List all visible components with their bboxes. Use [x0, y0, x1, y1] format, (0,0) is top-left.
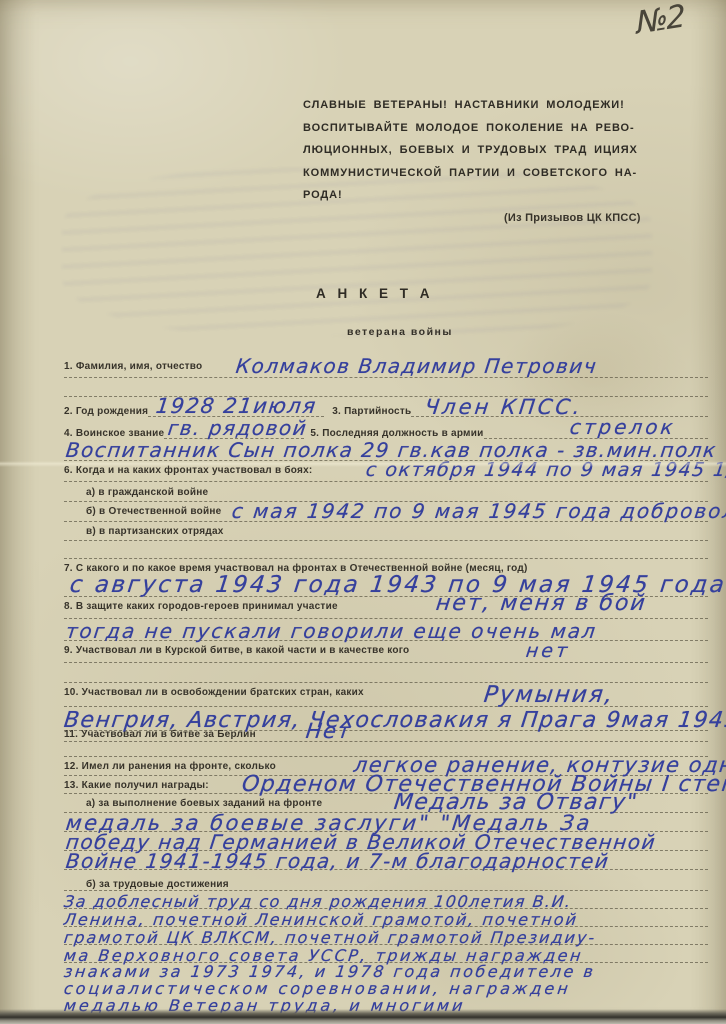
form-row-q8: 8. В защите каких городов-героев принима… — [64, 596, 708, 619]
q6b-answer: с мая 1942 по 9 мая 1945 года доброволь — [231, 499, 726, 523]
q10-label: 10. Участвовал ли в освобождении братски… — [64, 687, 364, 698]
q2-answer-line: 1928 21июля — [148, 395, 324, 417]
form-row-q6v: в) в партизанских отрядах — [64, 521, 708, 541]
q6a-label: а) в гражданской войне — [86, 487, 208, 498]
slogan-line: КОММУНИСТИЧЕСКОЙ ПАРТИИ И СОВЕТСКОГО НА- — [303, 162, 675, 185]
slogan-line: СЛАВНЫЕ ВЕТЕРАНЫ! НАСТАВНИКИ МОЛОДЕЖИ! — [303, 94, 675, 117]
slogan-line: РОДА! — [303, 184, 675, 207]
q8-label: 8. В защите каких городов-героев принима… — [64, 601, 338, 612]
q3-answer: Член КПСС. — [424, 395, 585, 419]
q2-answer: 1928 21июля — [155, 394, 319, 418]
header-slogan: СЛАВНЫЕ ВЕТЕРАНЫ! НАСТАВНИКИ МОЛОДЕЖИ! В… — [303, 94, 675, 207]
q6b-label: б) в Отечественной войне — [86, 506, 221, 517]
form-row-q6b: б) в Отечественной войне с мая 1942 по 9… — [64, 501, 708, 522]
q8-answer: нет, меня в бой — [434, 591, 648, 616]
form-row-q11: 11. Участвовал ли в битве за Берлин Нет — [64, 724, 708, 742]
q4-answer: гв. рядовой — [167, 416, 309, 440]
form-row-q13b-line: социалистическом соревновании, награжден — [64, 978, 708, 995]
ruled-line — [64, 540, 708, 559]
form-row-q9: 9. Участвовал ли в Курской битве, в како… — [64, 640, 708, 663]
q3-label: 3. Партийность — [332, 406, 411, 417]
slogan-attribution: (Из Призывов ЦК КПСС) — [504, 212, 641, 224]
q6v-label: в) в партизанских отрядах — [86, 526, 224, 537]
q11-label: 11. Участвовал ли в битве за Берлин — [64, 729, 256, 740]
form-subtitle: ветерана войны — [347, 326, 453, 338]
form-row-q13a-continuation: Войне 1941-1945 года, и 7-м благодарност… — [64, 850, 708, 870]
form-row-q13b: б) за трудовые достижения — [64, 874, 708, 891]
q1-answer: Колмаков Владимир Петрович — [235, 354, 599, 378]
form-row-q4-q5-continuation: Воспитанник Сын полка 29 гв.кав полка - … — [64, 439, 708, 461]
q13-label: 13. Какие получил награды: — [64, 780, 209, 791]
slogan-line: ВОСПИТЫВАЙТЕ МОЛОДОЕ ПОКОЛЕНИЕ НА РЕВО- — [303, 117, 675, 140]
form-row-q7-label: 7. С какого и по какое время участвовал … — [64, 558, 708, 572]
q13a-line: Войне 1941-1945 года, и 7-м благодарност… — [65, 849, 611, 873]
page-number-annotation: №2 — [635, 0, 684, 42]
q9-label: 9. Участвовал ли в Курской битве, в како… — [64, 645, 409, 656]
q4-answer-line: гв. рядовой — [164, 417, 304, 439]
q13a-label: а) за выполнение боевых заданий на фронт… — [86, 798, 322, 809]
q9-answer: нет — [525, 640, 572, 662]
form-row-q13b-line: знаками за 1973 1974, и 1978 года победи… — [64, 961, 708, 978]
form-row-q10: 10. Участвовал ли в освобождении братски… — [64, 682, 708, 707]
scanned-questionnaire-page: №2 СЛАВНЫЕ ВЕТЕРАНЫ! НАСТАВНИКИ МОЛОДЕЖИ… — [0, 0, 726, 1024]
form-row-q13b-line: Ленина, почетной Ленинской грамотой, поч… — [64, 908, 708, 927]
q3-answer-line: Член КПСС. — [411, 395, 708, 417]
scan-bottom-edge — [0, 1009, 726, 1024]
q5-answer: стрелок — [568, 415, 677, 439]
q13b-label: б) за трудовые достижения — [86, 879, 229, 890]
slogan-line: ЛЮЦИОННЫХ, БОЕВЫХ И ТРУДОВЫХ ТРАД ИЦИЯХ — [303, 139, 675, 162]
form-row-q13a-continuation: победу над Германией в Великой Отечестве… — [64, 831, 708, 851]
q10-answer: Румыния, — [482, 682, 615, 708]
form-row-q4-q5: 4. Воинское звание гв. рядовой 5. Послед… — [64, 418, 708, 439]
form-row-q13a-continuation: медаль за боевые заслуги" "Медаль За — [64, 812, 708, 832]
q11-answer: Нет — [305, 719, 353, 743]
form-row-q2-q3: 2. Год рождения 1928 21июля 3. Партийнос… — [64, 396, 708, 417]
form-row-q13b-line: грамотой ЦК ВЛКСМ, почетной грамотой Пре… — [64, 926, 708, 945]
q1-label: 1. Фамилия, имя, отчество — [64, 361, 202, 372]
form-row-q13b-line: За доблесный труд со дня рождения 100лет… — [64, 890, 708, 909]
q2-label: 2. Год рождения — [64, 406, 148, 417]
form-row-q8-continuation: тогда не пускали говорили еще очень мал — [64, 618, 708, 641]
q5-answer-line: стрелок — [484, 417, 709, 439]
q12-label: 12. Имел ли ранения на фронте, сколько — [64, 761, 276, 772]
form-row-q1: 1. Фамилия, имя, отчество Колмаков Влади… — [64, 356, 708, 378]
form-row-q13a: а) за выполнение боевых заданий на фронт… — [64, 793, 708, 813]
paper-crease — [0, 461, 726, 467]
ruled-line — [64, 662, 708, 683]
form-title: А Н К Е Т А — [316, 286, 434, 301]
